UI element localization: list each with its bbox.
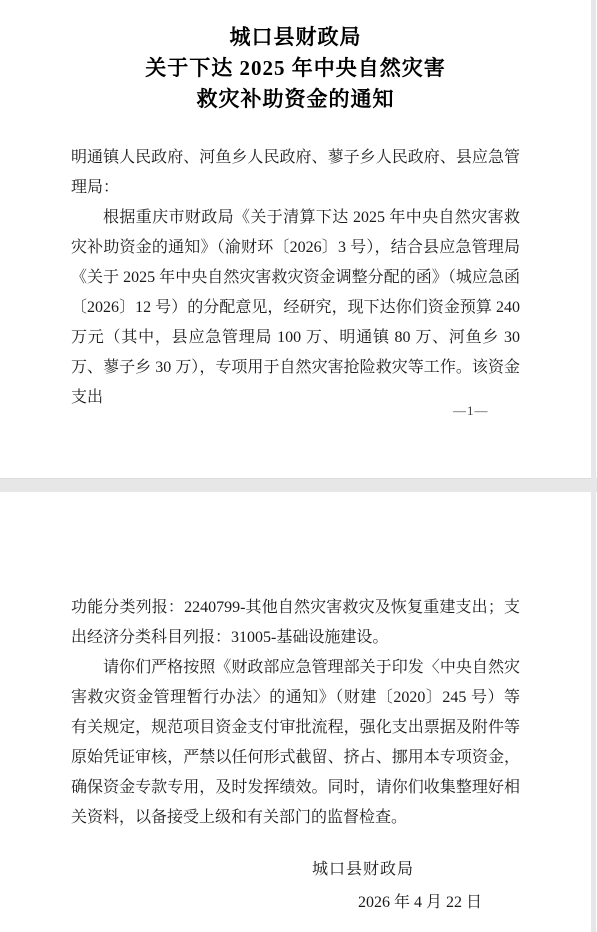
document-title: 城口县财政局 关于下达 2025 年中央自然灾害 救灾补助资金的通知 <box>0 22 591 115</box>
document-viewer-screenshot: { "document": { "title_lines": [ "城口县财政局… <box>0 0 597 932</box>
page1-paragraph: 根据重庆市财政局《关于清算下达 2025 年中央自然灾害救灾补助资金的通知》（渝… <box>71 203 520 413</box>
document-title-line-1: 城口县财政局 <box>0 22 591 53</box>
page1-page-number: —1— <box>453 403 489 419</box>
addressee-line: 明通镇人民政府、河鱼乡人民政府、蓼子乡人民政府、县应急管理局： <box>71 143 520 203</box>
page1-body-text: 明通镇人民政府、河鱼乡人民政府、蓼子乡人民政府、县应急管理局： 根据重庆市财政局… <box>71 143 520 413</box>
signature-issuer: 城口县财政局 <box>312 861 414 879</box>
viewer-right-gutter <box>591 0 596 932</box>
document-page-2: 功能分类列报：2240799-其他自然灾害救灾及恢复重建支出；支出经济分类科目列… <box>0 492 591 932</box>
viewer-background: 城口县财政局 关于下达 2025 年中央自然灾害 救灾补助资金的通知 明通镇人民… <box>0 0 597 932</box>
page2-paragraph: 请你们严格按照《财政部应急管理部关于印发〈中央自然灾害救灾资金管理暂行办法〉的通… <box>71 653 520 833</box>
signature-date: 2026 年 4 月 22 日 <box>358 894 482 912</box>
page2-paragraph-continued: 功能分类列报：2240799-其他自然灾害救灾及恢复重建支出；支出经济分类科目列… <box>71 593 520 653</box>
document-page-1: 城口县财政局 关于下达 2025 年中央自然灾害 救灾补助资金的通知 明通镇人民… <box>0 0 591 478</box>
document-title-line-2: 关于下达 2025 年中央自然灾害 <box>0 53 591 84</box>
page-separator <box>0 478 597 492</box>
document-title-line-3: 救灾补助资金的通知 <box>0 84 591 115</box>
page2-body-text: 功能分类列报：2240799-其他自然灾害救灾及恢复重建支出；支出经济分类科目列… <box>71 593 520 833</box>
